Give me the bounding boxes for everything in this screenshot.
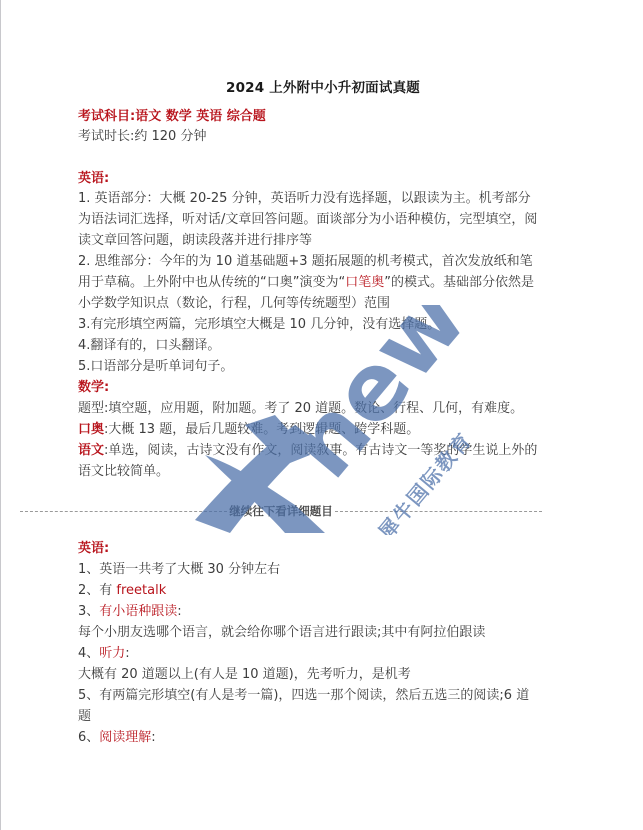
divider-label: 继续往下看详细题目 [227, 503, 335, 519]
section1-math-heading: 数学: [78, 378, 109, 398]
divider-dash-right [335, 511, 542, 512]
item3-prefix: 3、 [78, 604, 99, 619]
highlight-listening: 听力 [99, 646, 125, 661]
item2-prefix: 2、有 [78, 583, 116, 598]
section1-item4: 4.翻译有的，口头翻译。 [78, 336, 220, 356]
oral-label: 口奥 [78, 422, 104, 437]
section1-thinking-line: 小学数学知识点（数论，行程，几何等传统题型）范围 [78, 294, 390, 314]
exam-subjects: 考试科目:语文 数学 英语 综合题 [78, 107, 266, 127]
highlight-reading: 阅读理解 [99, 730, 151, 745]
item6-prefix: 6、 [78, 730, 99, 745]
exam-duration: 考试时长:约 120 分钟 [78, 127, 206, 147]
thinking-text: ”的模式。基础部分依然是 [384, 275, 534, 290]
section2-item6: 6、阅读理解: [78, 728, 156, 748]
section2-item4-detail: 大概有 20 道题以上(有人是 10 道题)，先考听力，是机考 [78, 665, 411, 685]
section1-english-heading: 英语: [78, 169, 109, 189]
highlight-kou-bi-ao: 口笔奥 [345, 275, 384, 290]
section1-english-line: 读文章回答问题，朗读段落并进行排序等 [78, 231, 312, 251]
section1-english-line: 为语法词汇选择，听对话/文章回答问题。面谈部分为小语种模仿，完型填空，阅 [78, 210, 537, 230]
section1-item5: 5.口语部分是听单词句子。 [78, 357, 233, 377]
section2-item5-cont: 题 [78, 707, 91, 727]
section1-item3: 3.有完形填空两篇，完形填空大概是 10 几分钟，没有选择题。 [78, 315, 440, 335]
section2-item4: 4、听力: [78, 644, 130, 664]
chinese-text: :单选，阅读，古诗文没有作文，阅读叙事。有古诗文一等奖的学生说上外的 [104, 443, 537, 458]
section1-english-line: 1. 英语部分：大概 20-25 分钟，英语听力没有选择题，以跟读为主。机考部分 [78, 189, 531, 209]
section2-english-heading: 英语: [78, 539, 109, 559]
section1-chinese-line: 语文比较简单。 [78, 462, 169, 482]
document-title: 2024 上外附中小升初面试真题 [78, 76, 568, 96]
section1-chinese-line: 语文:单选，阅读，古诗文没有作文，阅读叙事。有古诗文一等奖的学生说上外的 [78, 441, 537, 461]
page-left-border [0, 0, 1, 830]
chinese-label: 语文 [78, 443, 104, 458]
section2-item3: 3、有小语种跟读: [78, 602, 182, 622]
item3-suffix: : [177, 604, 181, 619]
thinking-text: 用于草稿。上外附中也从传统的“口奥”演变为“ [78, 275, 345, 290]
continue-divider: 继续往下看详细题目 [20, 501, 542, 521]
section2-item1: 1、英语一共考了大概 30 分钟左右 [78, 560, 280, 580]
section1-thinking-line: 2. 思维部分：今年的为 10 道基础题+3 题拓展题的机考模式，首次发放纸和笔 [78, 252, 533, 272]
oral-text: :大概 13 题，最后几题较难。考到逻辑题、跨学科题。 [104, 422, 419, 437]
highlight-freetalk: freetalk [116, 583, 166, 598]
section2-item3-detail: 每个小朋友选哪个语言，就会给你哪个语言进行跟读;其中有阿拉伯跟读 [78, 623, 485, 643]
section1-oral-line: 口奥:大概 13 题，最后几题较难。考到逻辑题、跨学科题。 [78, 420, 419, 440]
item6-suffix: : [151, 730, 155, 745]
item4-prefix: 4、 [78, 646, 99, 661]
divider-dash-left [20, 511, 227, 512]
section1-math-line: 题型:填空题，应用题，附加题。考了 20 道题。数论、行程、几何，有难度。 [78, 399, 523, 419]
section1-thinking-line: 用于草稿。上外附中也从传统的“口奥”演变为“口笔奥”的模式。基础部分依然是 [78, 273, 534, 293]
highlight-minor-language: 有小语种跟读 [99, 604, 177, 619]
section2-item5: 5、有两篇完形填空(有人是考一篇)，四选一那个阅读，然后五选三的阅读;6 道 [78, 686, 529, 706]
section2-item2: 2、有 freetalk [78, 581, 166, 601]
item4-suffix: : [125, 646, 129, 661]
